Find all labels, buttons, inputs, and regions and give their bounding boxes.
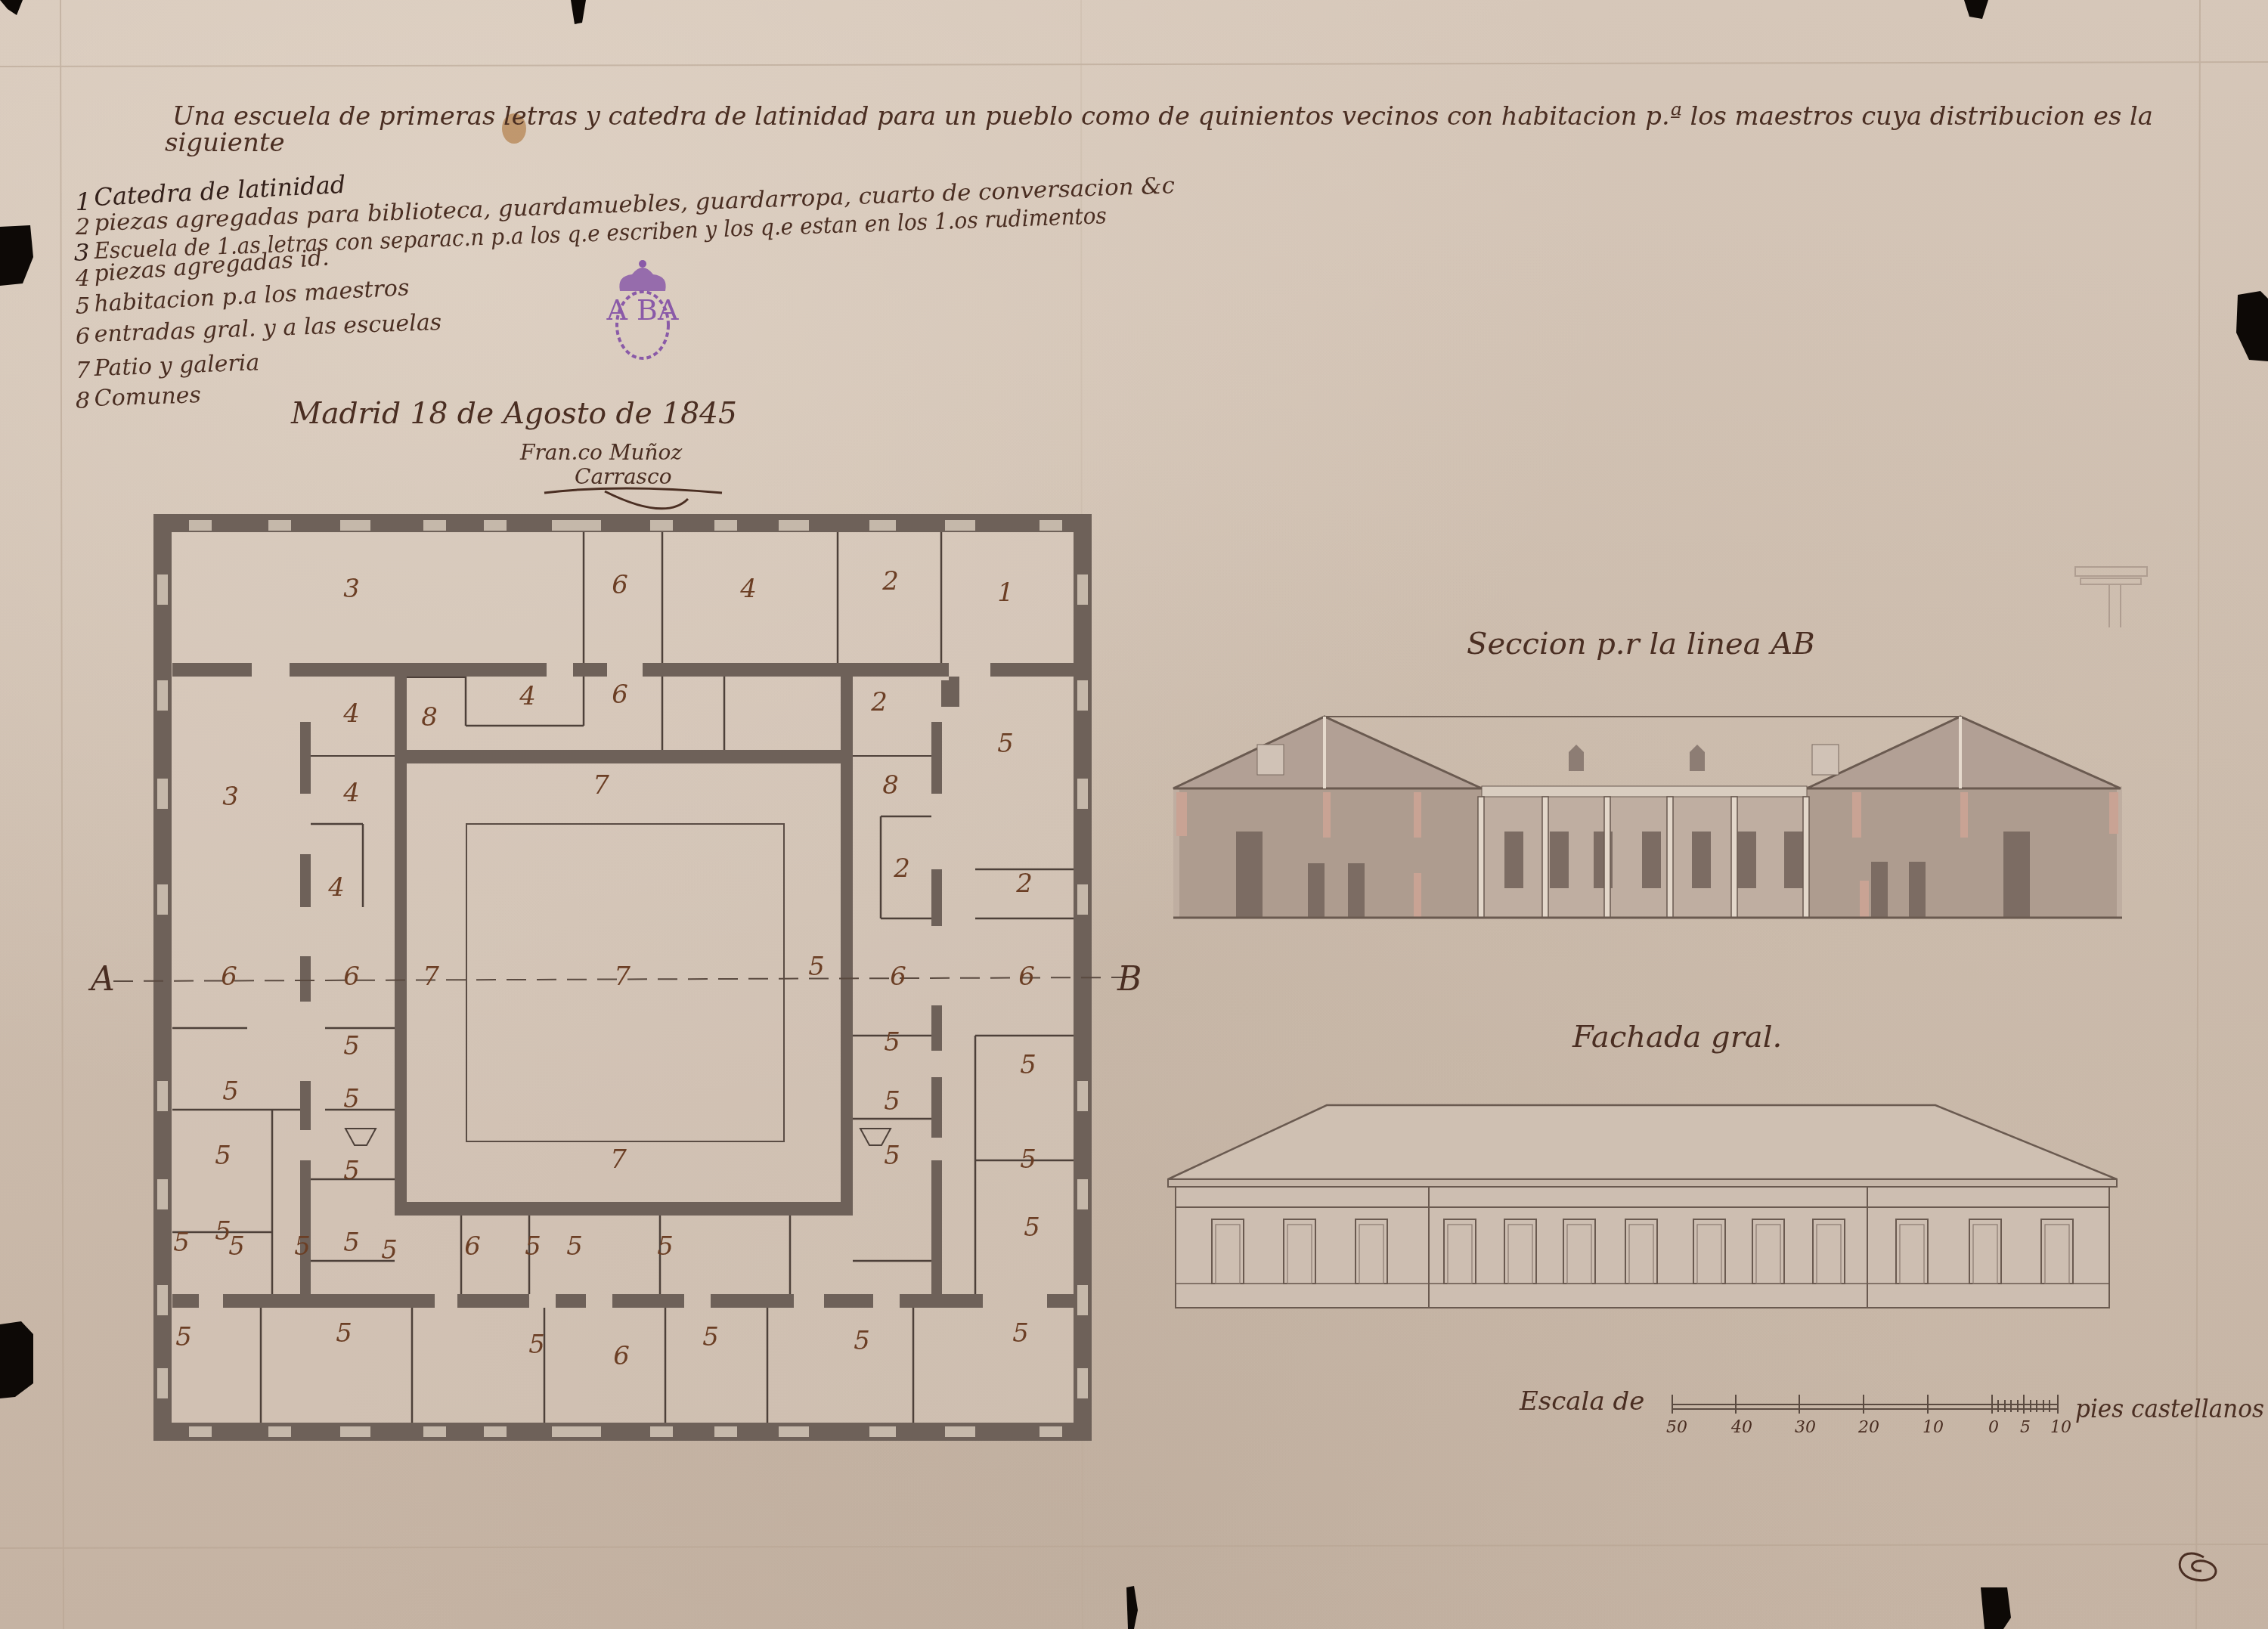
archival-flourish-icon [2180,1553,2216,1581]
room-number: 4 [519,681,536,711]
room-number: 6 [343,962,360,992]
signature-surname: Carrasco [575,464,672,489]
room-number: 5 [657,1231,674,1262]
room-number: 3 [343,574,360,604]
room-number: 5 [1024,1212,1040,1243]
svg-text:2: 2 [75,214,90,240]
room-number: 5 [854,1326,870,1356]
svg-text:8: 8 [76,388,90,414]
scale-bar: Escala de 50 40 30 20 10 0 5 10 pies ca [1519,1386,2264,1437]
room-number: 7 [614,962,631,992]
svg-text:20: 20 [1857,1418,1879,1437]
heading: Una escuela de primeras letras y catedra… [165,101,2153,158]
room-number: 3 [222,782,239,812]
svg-text:6: 6 [76,324,90,350]
room-number: 2 [870,687,888,717]
room-number: 5 [884,1027,900,1058]
scale-label-prefix: Escala de [1519,1386,1644,1417]
room-number: 2 [1015,869,1033,899]
room-number: 2 [893,853,910,884]
room-number: 5 [884,1086,900,1116]
room-number: 5 [1020,1050,1036,1080]
svg-text:1: 1 [76,187,91,216]
room-number: 5 [228,1231,245,1262]
svg-text:4: 4 [75,265,90,292]
room-number: 5 [381,1235,398,1265]
svg-text:50: 50 [1666,1418,1687,1437]
legend-item: 7 Patio y galeria [76,349,260,384]
scale-tick-labels: 50 40 30 20 10 0 5 10 [1666,1418,2071,1437]
facade-title: Fachada gral. [1572,1020,1782,1055]
room-number: 6 [221,962,237,992]
svg-text:30: 30 [1795,1418,1816,1437]
room-number: 6 [1018,962,1035,992]
room-number: 6 [464,1231,481,1262]
room-number: 4 [327,872,345,903]
royal-stamp-icon: A BA [606,260,679,358]
main-facade-elevation: Fachada gral. [1168,1020,2117,1308]
room-number: 5 [566,1231,583,1262]
room-number: 7 [610,1144,627,1175]
svg-text:0: 0 [1988,1418,1999,1437]
section-elevation: Seccion p.r la linea AB [1173,627,2122,918]
room-number: 5 [294,1231,311,1262]
svg-text:10: 10 [1923,1418,1944,1437]
room-number: 5 [1012,1318,1029,1349]
room-number: 5 [343,1156,360,1186]
heading-line-1: Una escuela de primeras letras y catedra… [172,101,2153,132]
legend-item: 8 Comunes [76,382,201,414]
room-number: 6 [613,1341,630,1371]
svg-text:Patio y galeria: Patio y galeria [93,349,260,382]
room-number: 5 [1020,1144,1036,1175]
room-number: 6 [890,962,906,992]
svg-text:entradas gral. y a las escuela: entradas gral. y a las escuelas [94,309,442,348]
signature-flourish [544,488,722,509]
signature-block: Madrid 18 de Agosto de 1845 Fran.co Muño… [290,396,737,509]
signature-name: Fran.co Muñoz [519,440,682,465]
heading-line-2: siguiente [165,128,285,158]
room-number: 4 [739,574,757,604]
room-number: 7 [423,962,439,992]
room-number: 7 [593,770,609,801]
room-number: 5 [173,1228,190,1258]
section-marker-a: A [88,960,115,999]
svg-text:3: 3 [74,238,89,267]
svg-text:A BA: A BA [606,293,679,327]
room-number: 5 [336,1318,352,1349]
svg-text:7: 7 [76,358,91,384]
room-number: 5 [808,952,825,982]
room-number: 5 [525,1231,541,1262]
room-number: 5 [215,1141,231,1171]
scale-label-suffix: pies castellanos [2075,1394,2264,1424]
room-number: 8 [882,770,899,801]
room-number: 1 [997,578,1014,608]
room-number: 6 [612,680,628,710]
room-number: 2 [881,566,899,596]
room-number: 5 [343,1031,360,1061]
place-date: Madrid 18 de Agosto de 1845 [290,396,737,431]
room-number: 5 [175,1322,192,1352]
room-number: 5 [528,1330,545,1360]
room-number: 8 [421,702,438,732]
room-number: 6 [612,570,628,600]
room-number: 4 [342,778,360,808]
svg-text:Comunes: Comunes [94,382,201,412]
svg-text:10: 10 [2050,1418,2071,1437]
section-title: Seccion p.r la linea AB [1467,627,1815,661]
section-marker-b: B [1117,960,1142,999]
room-number: 5 [884,1141,900,1171]
drawing-canvas: Una escuela de primeras letras y catedra… [0,0,2268,1629]
room-number: 5 [343,1228,360,1258]
floor-plan: A B 364214846253478422667756655555555555… [88,514,1142,1441]
svg-text:5: 5 [76,293,90,320]
legend: 1 Catedra de latinidad 2 piezas agregada… [74,170,1176,414]
room-number: 5 [702,1322,719,1352]
room-number: 5 [222,1076,239,1107]
drawing-sheet: Una escuela de primeras letras y catedra… [0,0,2268,1629]
svg-text:5: 5 [2020,1418,2031,1437]
room-number: 5 [997,729,1014,759]
pencil-sketch [2075,567,2147,627]
room-number: 5 [343,1084,360,1114]
svg-text:40: 40 [1730,1418,1752,1437]
room-number: 4 [342,698,360,729]
